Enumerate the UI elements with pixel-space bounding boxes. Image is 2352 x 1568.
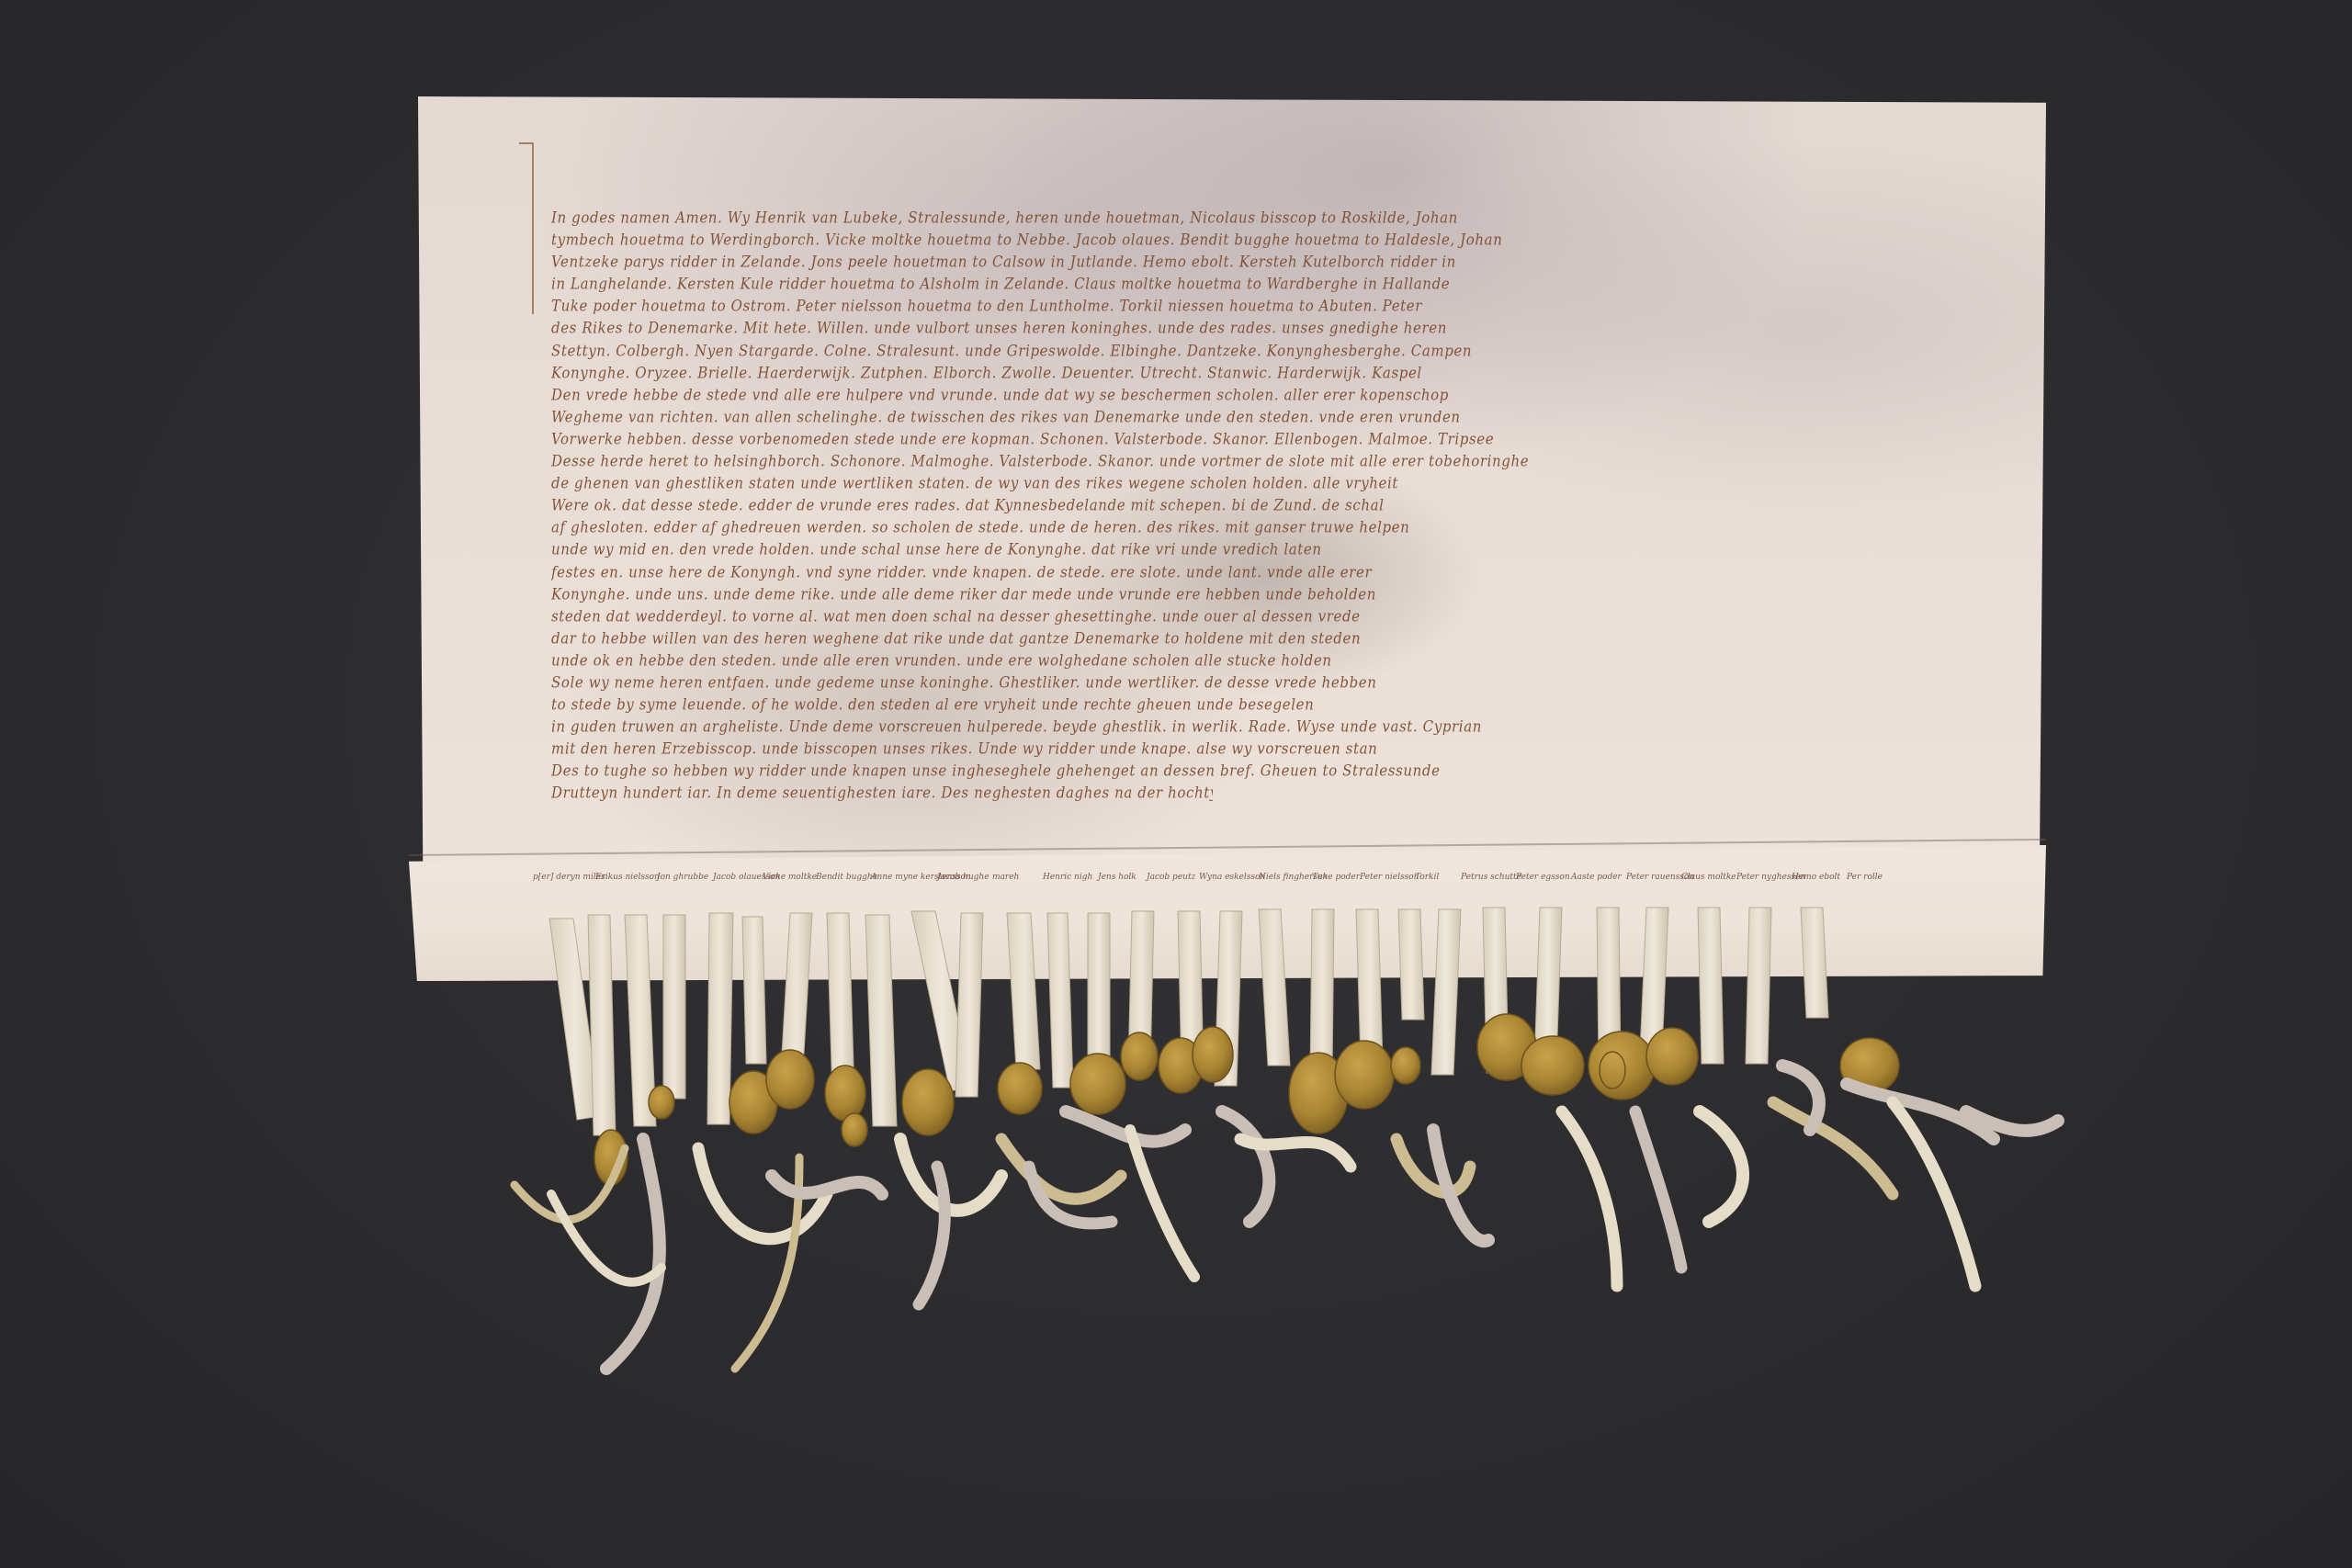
seal-tags-and-ribbons (0, 0, 2352, 1568)
